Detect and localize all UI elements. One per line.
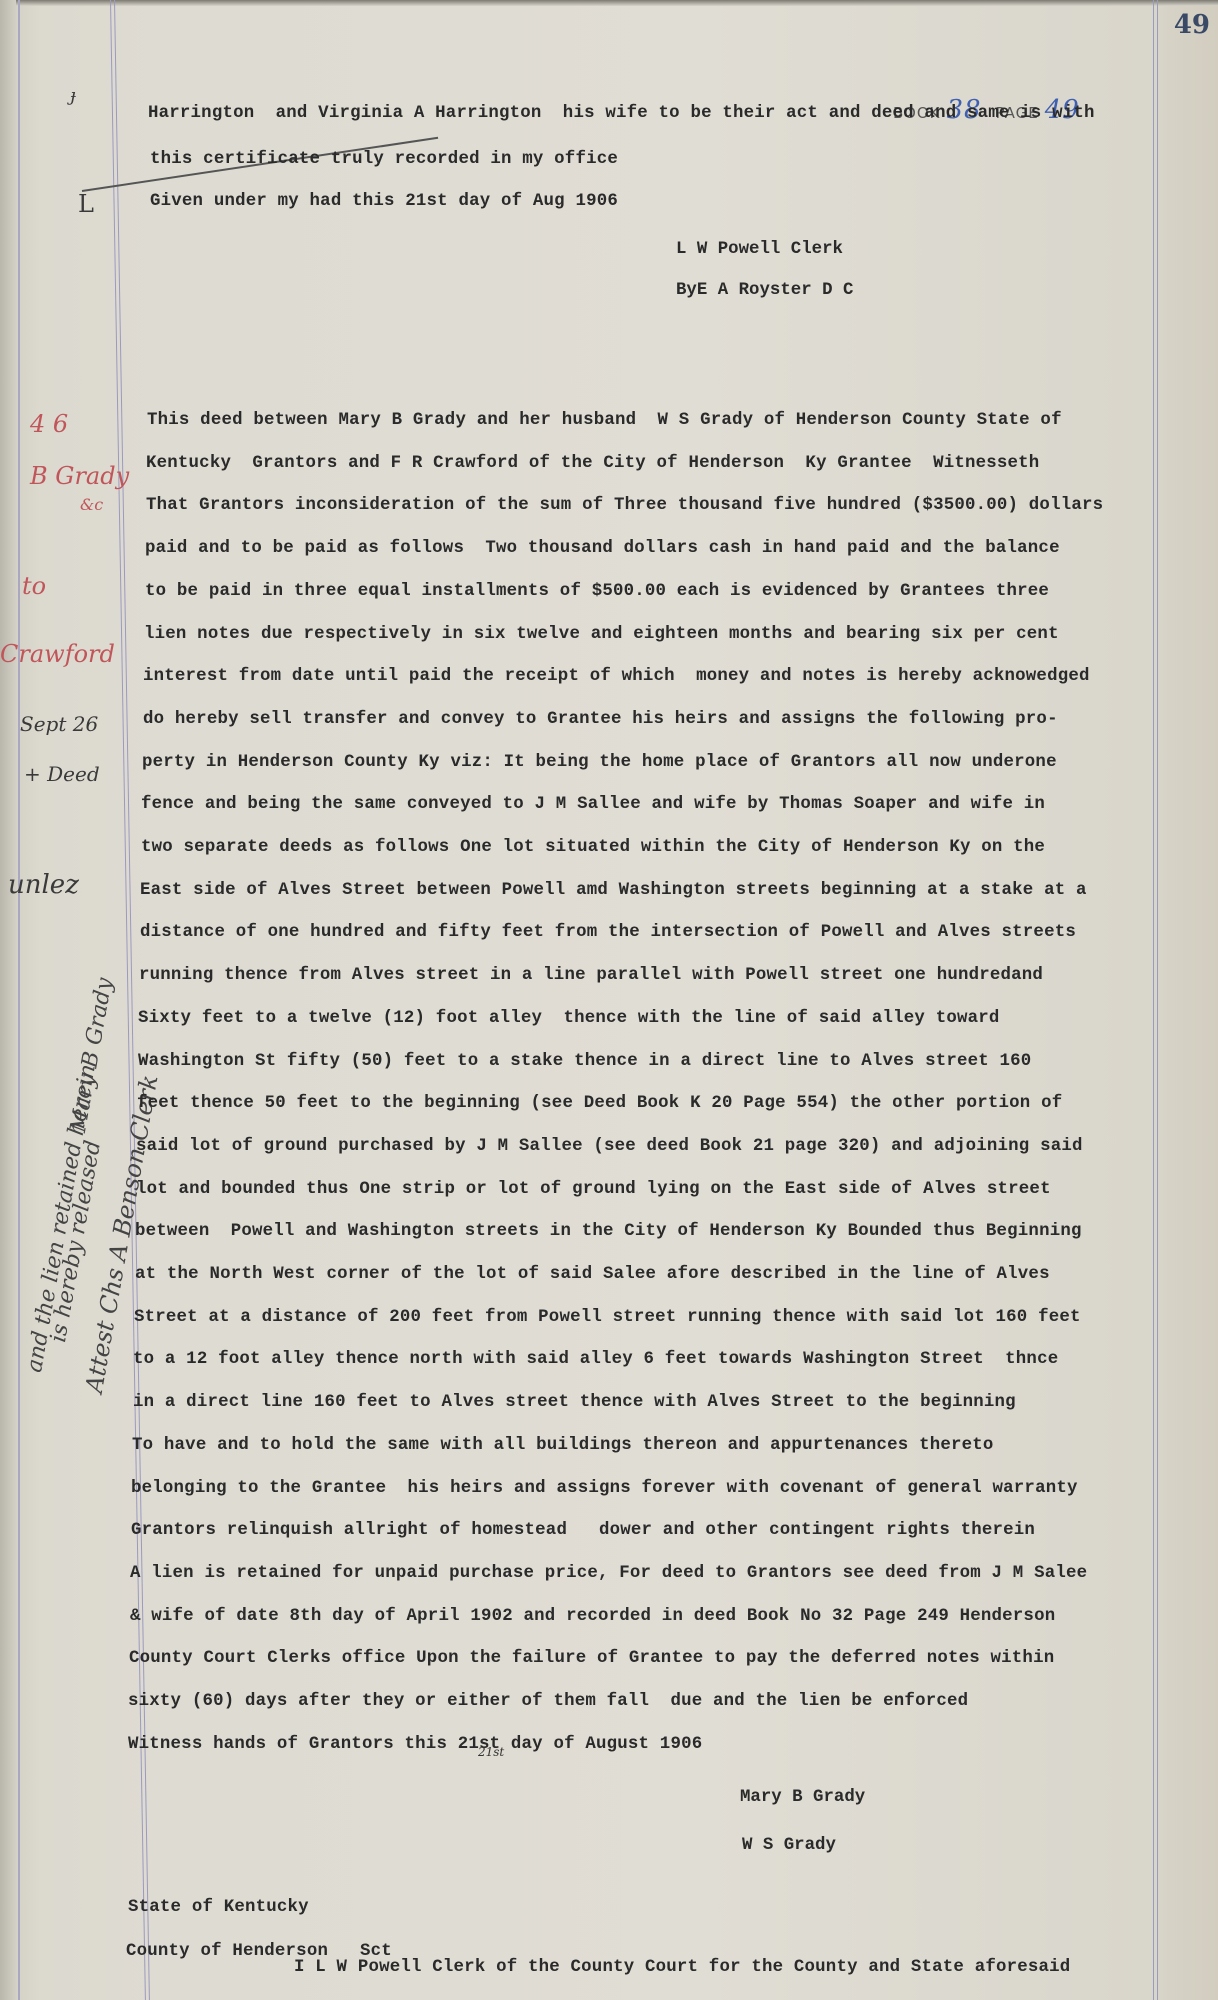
binding-rule [18,0,20,2000]
deed-line: This deed between Mary B Grady and her h… [147,411,1062,430]
deed-line: Witness hands of Grantors this 21st day … [128,1735,702,1754]
grantor-signature-2: W S Grady [742,1836,836,1855]
deed-line: do hereby sell transfer and convey to Gr… [143,710,1058,729]
deed-line: to a 12 foot alley thence north with sai… [133,1350,1058,1369]
deputy-signature: ByE A Royster D C [676,281,853,300]
deed-line: paid and to be paid as follows Two thous… [145,539,1060,558]
deed-line: belonging to the Grantee his heirs and a… [131,1479,1078,1498]
certificate-line: Harrington and Virginia A Harrington his… [148,104,1095,123]
ledger-page: 49 BOOK38PAGE49 ɟ L Harrington and Virgi… [0,0,1218,2000]
deed-line: running thence from Alves street in a li… [139,966,1043,985]
deed-line: to be paid in three equal installments o… [145,582,1049,601]
deed-line: That Grantors inconsideration of the sum… [146,496,1103,515]
deed-line: Grantors relinquish allright of homestea… [131,1521,1035,1540]
deed-line: perty in Henderson County Ky viz: It bei… [142,753,1057,772]
margin-release-word: unlez [8,870,79,900]
deed-line: between Powell and Washington streets in… [135,1222,1082,1241]
deed-line: in a direct line 160 feet to Alves stree… [133,1393,1016,1412]
certificate-line: Given under my had this 21st day of Aug … [150,192,618,211]
deed-line: & wife of date 8th day of April 1902 and… [130,1607,1055,1626]
margin-grantee: Crawford [0,640,115,668]
deed-line: interest from date until paid the receip… [143,667,1090,686]
deed-line: sixty (60) days after they or either of … [128,1692,968,1711]
acknowledgment-clerk: I L W Powell Clerk of the County Court f… [294,1958,1070,1977]
page-number: 49 [1174,10,1210,40]
deed-line: at the North West corner of the lot of s… [135,1265,1050,1284]
deed-line: said lot of ground purchased by J M Sall… [136,1137,1083,1156]
deed-line: Washington St fifty (50) feet to a stake… [138,1052,1031,1071]
deed-line: East side of Alves Street between Powell… [140,881,1087,900]
deed-line: Sixty feet to a twelve (12) foot alley t… [138,1009,1000,1028]
deed-line: A lien is retained for unpaid purchase p… [130,1564,1087,1583]
deed-line: lien notes due respectively in six twelv… [144,625,1059,644]
interlineation: 21st [478,1745,504,1759]
margin-date-note: Sept 26 [20,712,98,736]
deed-line: two separate deeds as follows One lot si… [141,838,1045,857]
deed-line: feet thence 50 feet to the beginning (se… [137,1094,1062,1113]
acknowledgment-state: State of Kentucky [128,1898,309,1917]
check-mark-icon: L [78,190,94,218]
margin-release-line: Mary B Grady [66,976,118,1134]
deed-line: lot and bounded thus One strip or lot of… [136,1180,1051,1199]
margin-to: to [22,572,46,600]
binding-shadow [0,0,16,2000]
clerk-signature: L W Powell Clerk [676,240,843,259]
deed-line: distance of one hundred and fifty feet f… [140,923,1076,942]
grantor-signature-1: Mary B Grady [740,1788,865,1807]
top-edge-shadow [0,0,1218,6]
deed-line: Street at a distance of 200 feet from Po… [134,1308,1081,1327]
margin-grantor-suffix: &c [80,495,103,514]
deed-line: County Court Clerks office Upon the fail… [129,1649,1054,1668]
deed-line: fence and being the same conveyed to J M… [141,795,1045,814]
right-margin-rule [1153,0,1158,2000]
deed-line: To have and to hold the same with all bu… [132,1436,994,1455]
margin-mark-icon: ɟ [70,85,76,106]
margin-grantor: B Grady [30,462,129,490]
margin-deed-note: + Deed [24,762,100,786]
deed-line: Kentucky Grantors and F R Crawford of th… [146,454,1039,473]
certificate-line: this certificate truly recorded in my of… [150,150,618,169]
margin-index-number: 4 6 [30,410,68,438]
